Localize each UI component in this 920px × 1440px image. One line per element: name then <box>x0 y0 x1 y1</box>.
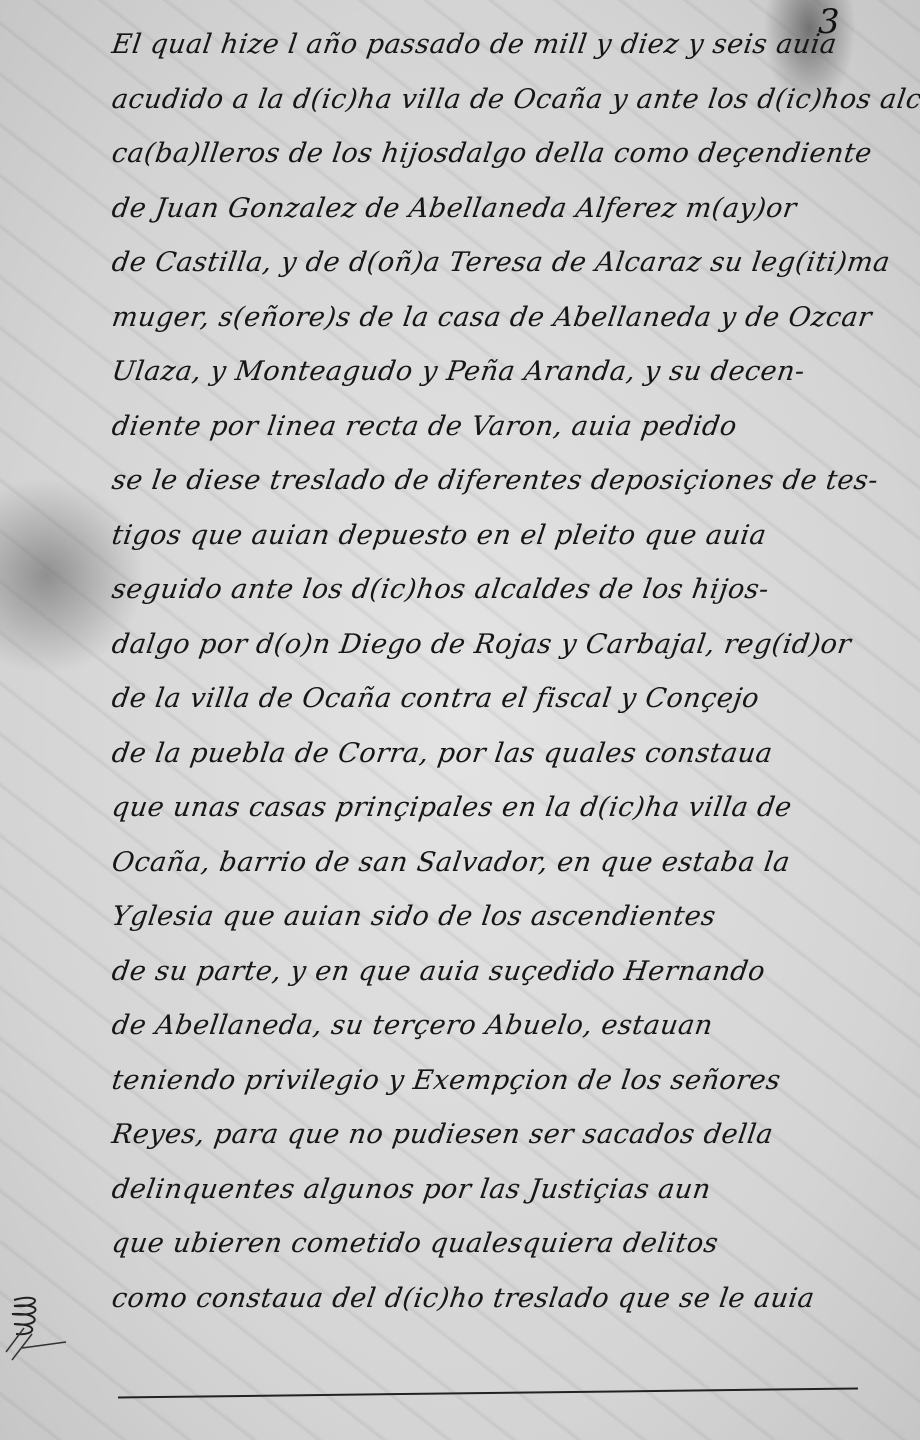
manuscript-text-block: El qual hize l año passado de mill y die… <box>100 18 870 1326</box>
text-line: teniendo privilegio y Exempçion de los s… <box>96 1054 874 1109</box>
text-line: Yglesia que auian sido de los ascendient… <box>96 890 874 945</box>
text-line: de Castilla, y de d(oñ)a Teresa de Alcar… <box>96 236 874 291</box>
text-line: Reyes, para que no pudiesen ser sacados … <box>96 1108 874 1163</box>
text-line: que ubieren cometido qualesquiera delito… <box>96 1217 874 1272</box>
text-line: ca(ba)lleros de los hijosdalgo della com… <box>96 127 874 182</box>
text-line: que unas casas prinçipales en la d(ic)ha… <box>96 781 874 836</box>
text-line: dalgo por d(o)n Diego de Rojas y Carbaja… <box>96 618 874 673</box>
text-line: Ulaza, y Monteagudo y Peña Aranda, y su … <box>96 345 874 400</box>
text-line: muger, s(eñore)s de la casa de Abellaned… <box>96 291 874 346</box>
text-line: de Juan Gonzalez de Abellaneda Alferez m… <box>96 182 874 237</box>
text-line: de la villa de Ocaña contra el fiscal y … <box>96 672 874 727</box>
text-line: de su parte, y en que auia suçedido Hern… <box>96 945 874 1000</box>
text-line: acudido a la d(ic)ha villa de Ocaña y an… <box>96 73 874 128</box>
text-line: diente por linea recta de Varon, auia pe… <box>96 400 874 455</box>
text-line: delinquentes algunos por las Justiçias a… <box>96 1163 874 1218</box>
text-line: se le diese treslado de diferentes depos… <box>96 454 874 509</box>
text-line: Ocaña, barrio de san Salvador, en que es… <box>96 836 874 891</box>
text-line: tigos que auian depuesto en el pleito qu… <box>96 509 874 564</box>
margin-flourish-icon <box>2 1290 72 1370</box>
text-line: como constaua del d(ic)ho treslado que s… <box>96 1272 874 1327</box>
text-line: seguido ante los d(ic)hos alcaldes de lo… <box>96 563 874 618</box>
text-line: de Abellaneda, su terçero Abuelo, estaua… <box>96 999 874 1054</box>
text-line: El qual hize l año passado de mill y die… <box>96 18 874 73</box>
manuscript-page: 3 El qual hize l año passado de mill y d… <box>0 0 920 1440</box>
text-line: de la puebla de Corra, por las quales co… <box>96 727 874 782</box>
